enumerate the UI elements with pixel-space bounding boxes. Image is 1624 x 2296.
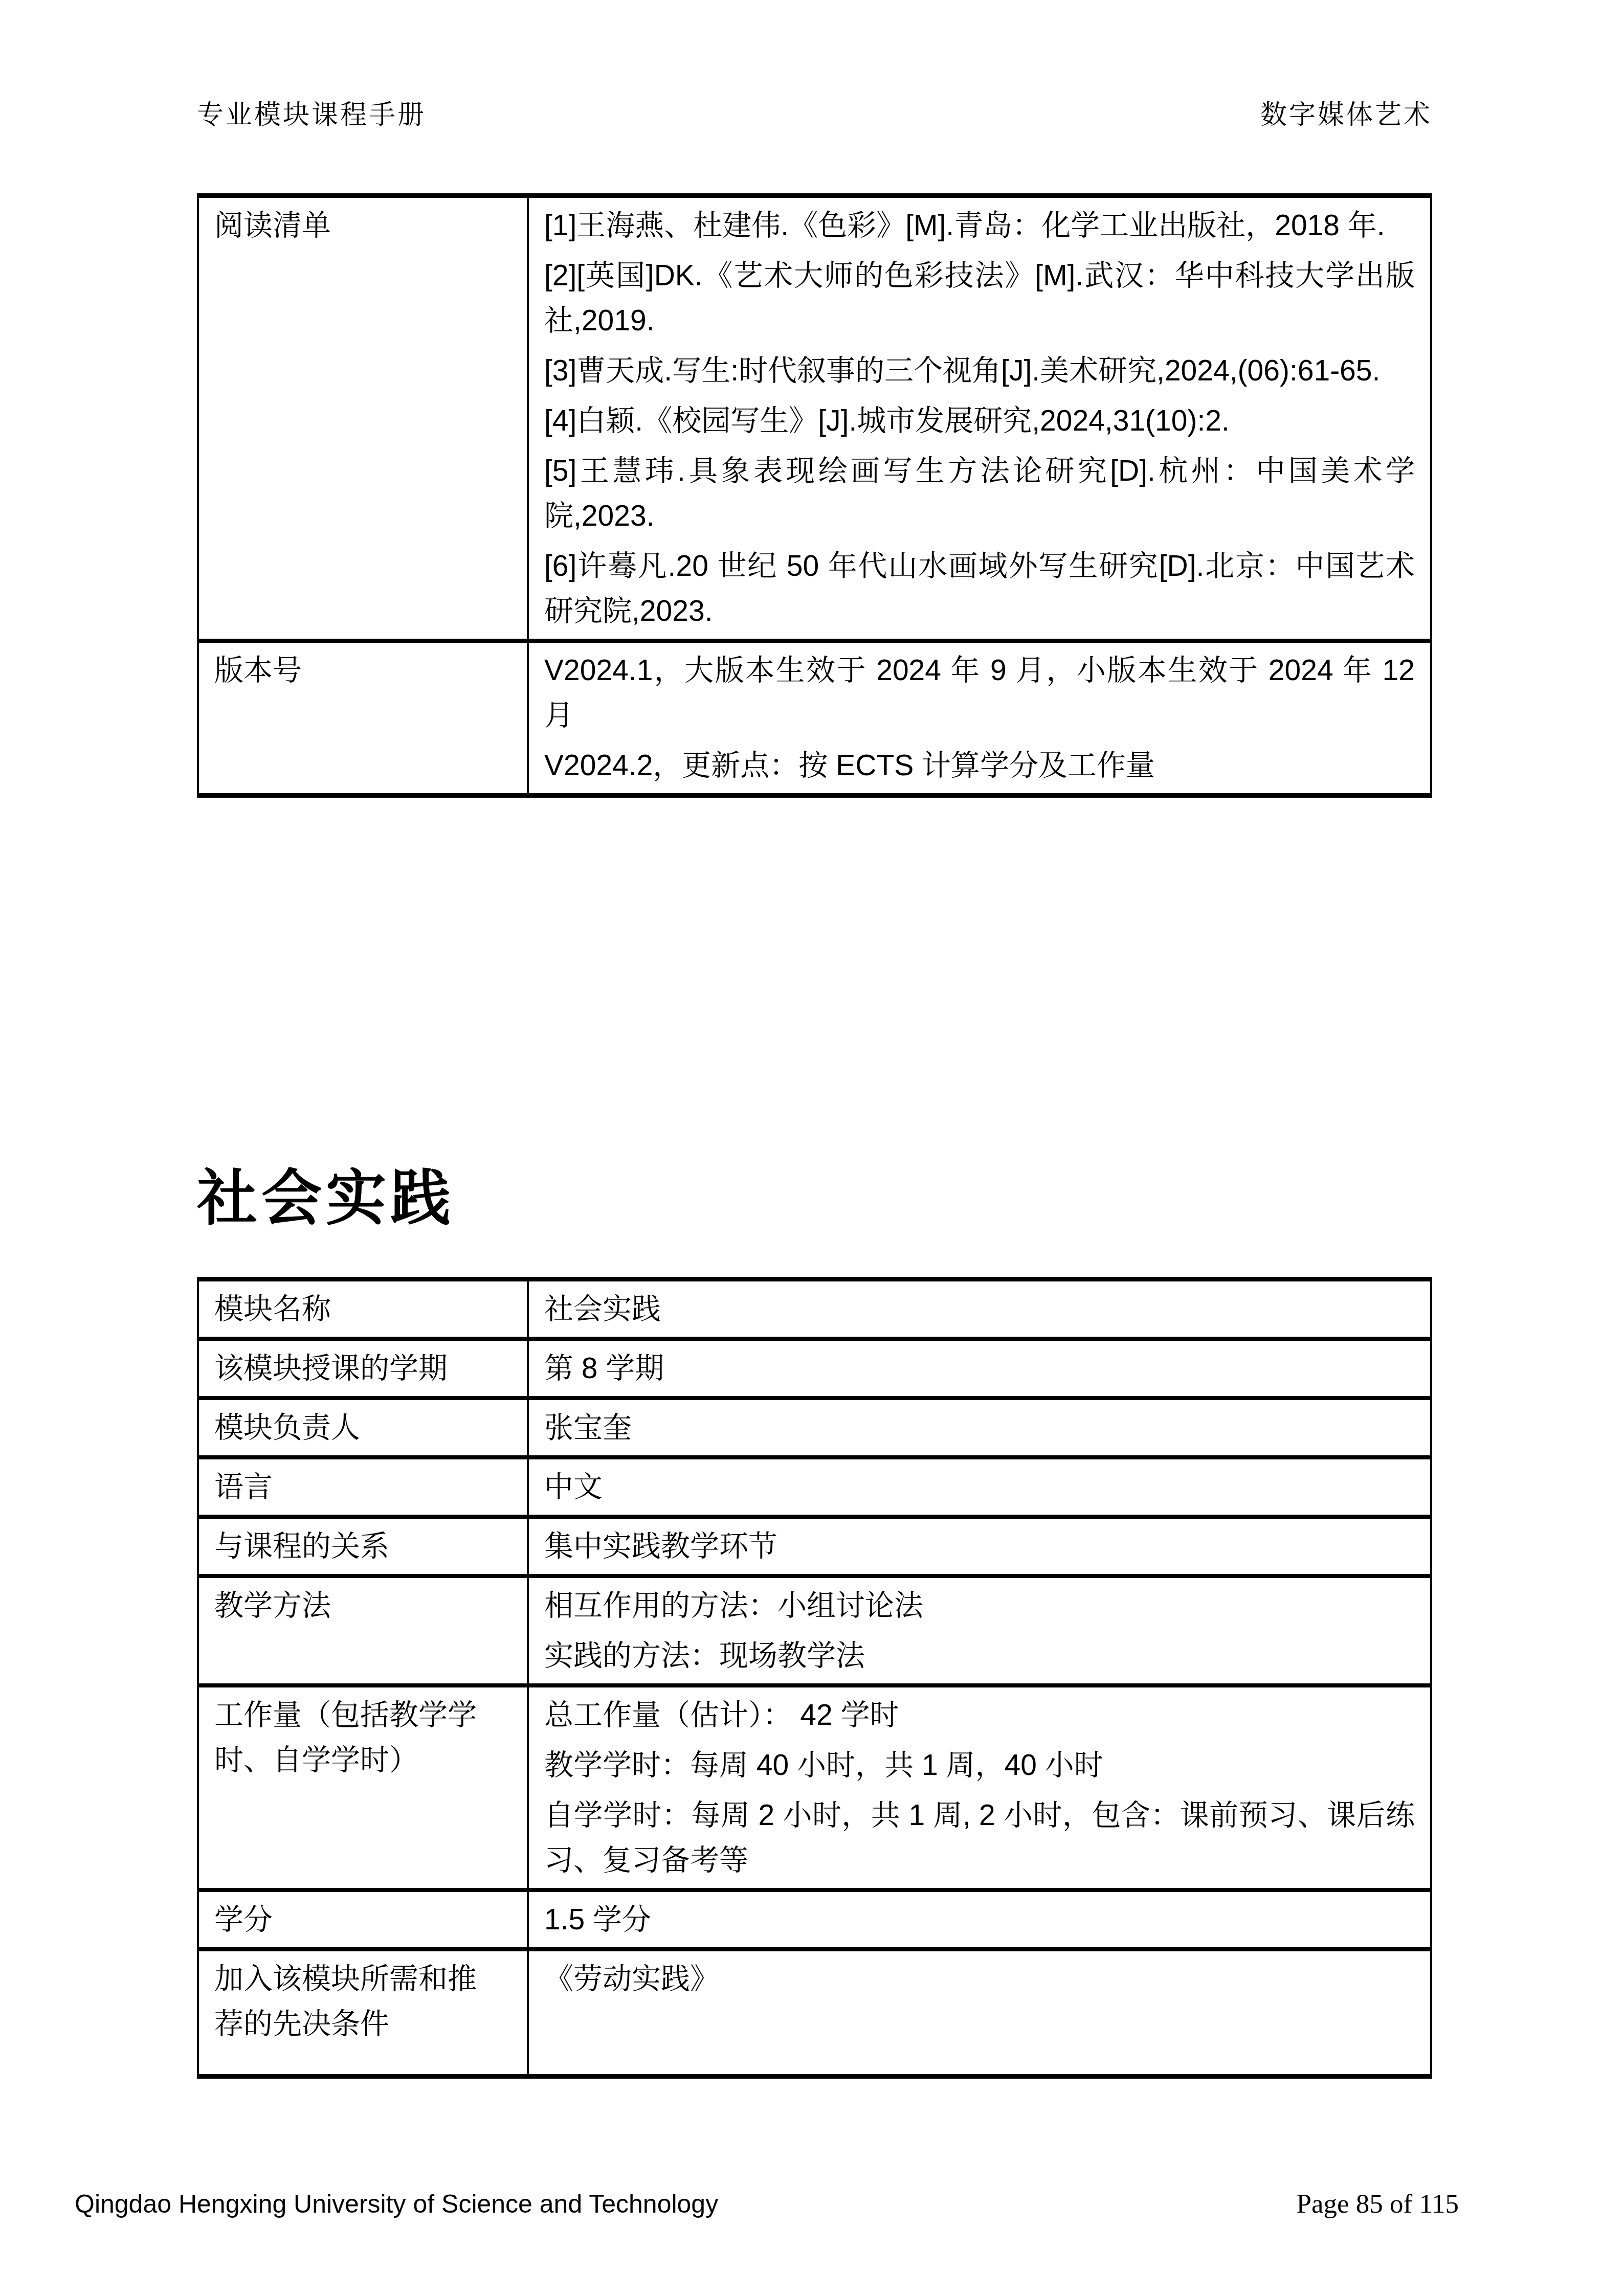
row-value-module-name: 社会实践 <box>529 1281 1430 1337</box>
reference-item: [6]许蓦凡.20 世纪 50 年代山水画域外写生研究[D].北京：中国艺术研究… <box>544 544 1415 634</box>
row-label-reading-list: 阅读清单 <box>199 198 529 639</box>
page-footer: Qingdao Hengxing University of Science a… <box>75 2188 1459 2220</box>
row-label-text: 语言 <box>214 1465 501 1510</box>
row-label-workload: 工作量（包括教学学时、自学学时） <box>199 1687 529 1888</box>
reference-item: [1]王海燕、杜建伟.《色彩》[M].青岛：化学工业出版社，2018 年. <box>544 203 1415 248</box>
row-value-prerequisites: 《劳动实践》 <box>529 1951 1430 2074</box>
row-label-text: 模块名称 <box>214 1287 501 1332</box>
table-row-teaching-methods: 教学方法 相互作用的方法：小组讨论法 实践的方法：现场教学法 <box>199 1574 1430 1683</box>
header-handbook-title: 专业模块课程手册 <box>197 98 426 132</box>
row-label-text: 工作量（包括教学学时、自学学时） <box>214 1693 501 1783</box>
row-value-text: 张宝奎 <box>544 1405 1415 1450</box>
row-value-semester: 第 8 学期 <box>529 1341 1430 1396</box>
row-label-text: 阅读清单 <box>214 203 501 248</box>
workload-line: 总工作量（估计）： 42 学时 <box>544 1693 1415 1738</box>
row-value-text: 社会实践 <box>544 1287 1415 1332</box>
table-row-prerequisites: 加入该模块所需和推荐的先决条件 《劳动实践》 <box>199 1947 1430 2074</box>
row-value-teaching-methods: 相互作用的方法：小组讨论法 实践的方法：现场教学法 <box>529 1578 1430 1683</box>
reference-item: [3]曹天成.写生:时代叙事的三个视角[J].美术研究,2024,(06):61… <box>544 348 1415 393</box>
row-value-text: 中文 <box>544 1465 1415 1510</box>
table-row-language: 语言 中文 <box>199 1455 1430 1515</box>
reference-item: [2][英国]DK.《艺术大师的色彩技法》[M].武汉：华中科技大学出版社,20… <box>544 253 1415 343</box>
row-label-module-leader: 模块负责人 <box>199 1400 529 1455</box>
footer-page-number: Page 85 of 115 <box>1297 2188 1459 2220</box>
row-label-text: 版本号 <box>214 648 501 693</box>
reference-item: [5]王慧玮.具象表现绘画写生方法论研究[D].杭州：中国美术学院,2023. <box>544 448 1415 538</box>
row-label-text: 模块负责人 <box>214 1405 501 1450</box>
reading-list-table: 阅读清单 [1]王海燕、杜建伟.《色彩》[M].青岛：化学工业出版社，2018 … <box>197 193 1432 798</box>
row-value-version: V2024.1，大版本生效于 2024 年 9 月，小版本生效于 2024 年 … <box>529 643 1430 793</box>
table-row-module-name: 模块名称 社会实践 <box>199 1281 1430 1337</box>
table-row-course-relation: 与课程的关系 集中实践教学环节 <box>199 1515 1430 1574</box>
table-row-reading-list: 阅读清单 [1]王海燕、杜建伟.《色彩》[M].青岛：化学工业出版社，2018 … <box>199 198 1430 639</box>
row-value-reading-list: [1]王海燕、杜建伟.《色彩》[M].青岛：化学工业出版社，2018 年. [2… <box>529 198 1430 639</box>
row-label-teaching-methods: 教学方法 <box>199 1578 529 1683</box>
row-label-text: 教学方法 <box>214 1583 501 1628</box>
version-line: V2024.1，大版本生效于 2024 年 9 月，小版本生效于 2024 年 … <box>544 648 1415 738</box>
table-row-version: 版本号 V2024.1，大版本生效于 2024 年 9 月，小版本生效于 202… <box>199 639 1430 793</box>
row-value-language: 中文 <box>529 1459 1430 1515</box>
row-value-text: 1.5 学分 <box>544 1897 1415 1942</box>
teaching-method-line: 实践的方法：现场教学法 <box>544 1633 1415 1678</box>
module-info-table: 模块名称 社会实践 该模块授课的学期 第 8 学期 模块负责人 张宝奎 <box>197 1277 1432 2079</box>
row-label-text: 该模块授课的学期 <box>214 1346 501 1391</box>
row-label-language: 语言 <box>199 1459 529 1515</box>
row-label-semester: 该模块授课的学期 <box>199 1341 529 1396</box>
row-label-text: 加入该模块所需和推荐的先决条件 <box>214 1956 501 2046</box>
row-label-course-relation: 与课程的关系 <box>199 1519 529 1574</box>
row-value-credits: 1.5 学分 <box>529 1892 1430 1947</box>
header-program-name: 数字媒体艺术 <box>1260 98 1432 132</box>
row-value-text: 《劳动实践》 <box>544 1956 1415 2001</box>
document-page: { "header": { "left": "专业模块课程手册", "right… <box>0 0 1624 2296</box>
section-title: 社会实践 <box>197 1165 1432 1232</box>
table-row-credits: 学分 1.5 学分 <box>199 1888 1430 1947</box>
reference-item: [4]白颖.《校园写生》[J].城市发展研究,2024,31(10):2. <box>544 398 1415 443</box>
version-line: V2024.2，更新点：按 ECTS 计算学分及工作量 <box>544 743 1415 788</box>
table-row-semester: 该模块授课的学期 第 8 学期 <box>199 1337 1430 1396</box>
row-label-version: 版本号 <box>199 643 529 793</box>
row-value-workload: 总工作量（估计）： 42 学时 教学学时：每周 40 小时，共 1 周，40 小… <box>529 1687 1430 1888</box>
page-header: 专业模块课程手册 数字媒体艺术 <box>197 98 1432 132</box>
row-value-course-relation: 集中实践教学环节 <box>529 1519 1430 1574</box>
teaching-method-line: 相互作用的方法：小组讨论法 <box>544 1583 1415 1628</box>
page-content: 阅读清单 [1]王海燕、杜建伟.《色彩》[M].青岛：化学工业出版社，2018 … <box>197 193 1432 2079</box>
table-row-workload: 工作量（包括教学学时、自学学时） 总工作量（估计）： 42 学时 教学学时：每周… <box>199 1683 1430 1888</box>
row-value-text: 集中实践教学环节 <box>544 1524 1415 1569</box>
table-row-module-leader: 模块负责人 张宝奎 <box>199 1396 1430 1455</box>
row-label-credits: 学分 <box>199 1892 529 1947</box>
row-label-text: 与课程的关系 <box>214 1524 501 1569</box>
workload-line: 自学学时：每周 2 小时，共 1 周, 2 小时，包含：课前预习、课后练习、复习… <box>544 1793 1415 1883</box>
workload-line: 教学学时：每周 40 小时，共 1 周，40 小时 <box>544 1743 1415 1788</box>
row-label-module-name: 模块名称 <box>199 1281 529 1337</box>
row-label-prerequisites: 加入该模块所需和推荐的先决条件 <box>199 1951 529 2074</box>
footer-university-name: Qingdao Hengxing University of Science a… <box>75 2188 718 2220</box>
row-value-text: 第 8 学期 <box>544 1346 1415 1391</box>
row-label-text: 学分 <box>214 1897 501 1942</box>
row-value-module-leader: 张宝奎 <box>529 1400 1430 1455</box>
